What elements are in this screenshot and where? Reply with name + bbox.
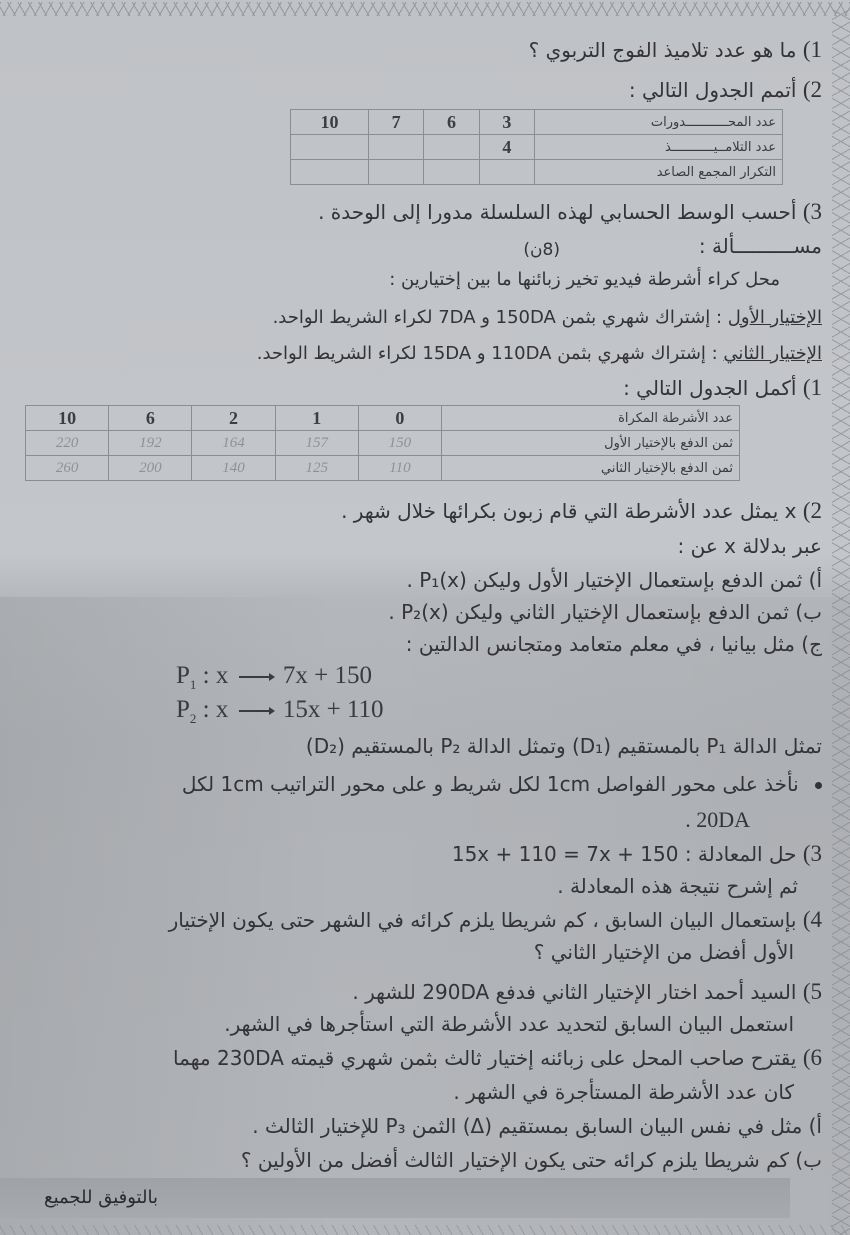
problem-question-3: 3) حل المعادلة : 15x + 110 = 7x + 150 <box>452 840 822 868</box>
exam-sheet: 1) ما هو عدد تلاميذ الفوج التربوي ؟ 2) أ… <box>0 0 850 1235</box>
decorative-border-bottom <box>0 1225 850 1235</box>
decorative-border-top <box>0 2 850 16</box>
problem-question-1: 1) أكمل الجدول التالي : <box>623 374 822 402</box>
representation-text: تمثل الدالة P₁ بالمستقيم (D₁) وتمثل الدا… <box>306 732 822 760</box>
problem-question-2b: ب) ثمن الدفع بإستعمال الإختيار الثاني ول… <box>388 598 822 626</box>
problem-question-6: 6) يقترح صاحب المحل على زبائنه إختيار ثا… <box>173 1044 822 1072</box>
problem-question-6-cont: كان عدد الأشرطة المستأجرة في الشهر . <box>453 1078 794 1106</box>
question-3-mean: 3) أحسب الوسط الحسابي لهذه السلسلة مدورا… <box>318 198 822 226</box>
problem-question-5-cont: استعمل البيان السابق لتحديد عدد الأشرطة … <box>224 1010 794 1038</box>
question-1: 1) ما هو عدد تلاميذ الفوج التربوي ؟ <box>529 36 822 64</box>
problem-title: مســــــــــألة : <box>699 232 822 260</box>
maps-to-arrow-icon <box>239 710 273 712</box>
rental-cost-table: عدد الأشرطة المكراة 0 1 2 6 10 ثمن الدفع… <box>25 405 740 481</box>
frequency-table: عدد المحـــــــــــدورات 3 6 7 10 عدد ال… <box>290 109 783 185</box>
function-p1: P1 : x 7x + 150 <box>176 662 372 693</box>
option-2: الإختيار الثاني : إشتراك شهري بثمن 110DA… <box>257 340 822 368</box>
problem-question-2: 2) x يمثل عدد الأشرطة التي قام زبون بكرا… <box>341 497 822 525</box>
problem-points: (8ن) <box>523 236 560 264</box>
problem-question-2a: أ) ثمن الدفع بإستعمال الإختيار الأول ولي… <box>407 566 822 594</box>
problem-intro: محل كراء أشرطة فيديو تخير زبائنها ما بين… <box>389 266 780 294</box>
scale-instruction-cont: . 20DA <box>685 806 750 834</box>
maps-to-arrow-icon <box>239 676 273 678</box>
problem-question-5: 5) السيد أحمد اختار الإختيار الثاني فدفع… <box>352 978 822 1006</box>
problem-question-4-cont: الأول أفضل من الإختيار الثاني ؟ <box>534 938 794 966</box>
question-2: 2) أتمم الجدول التالي : <box>629 76 822 104</box>
problem-question-4: 4) بإستعمال البيان السابق ، كم شريطا يلز… <box>169 906 822 934</box>
bullet-icon <box>815 782 822 789</box>
problem-question-6a: أ) مثل في نفس البيان السابق بمستقيم (Δ) … <box>252 1112 822 1140</box>
function-p2: P2 : x 15x + 110 <box>176 696 384 727</box>
footer-wishes: بالتوفيق للجميع <box>44 1184 158 1212</box>
problem-question-3-sub: ثم إشرح نتيجة هذه المعادلة . <box>557 872 798 900</box>
problem-question-2-sub: عبر بدلالة x عن : <box>678 532 822 560</box>
problem-question-6b: ب) كم شريطا يلزم كرائه حتى يكون الإختيار… <box>241 1146 822 1174</box>
scale-instruction: نأخذ على محور الفواصل 1cm لكل شريط و على… <box>182 770 822 798</box>
option-1: الإختيار الأول : إشتراك شهري بثمن 150DA … <box>273 304 822 332</box>
problem-question-2c: ج) مثل بيانيا ، في معلم متعامد ومتجانس ا… <box>406 630 822 658</box>
